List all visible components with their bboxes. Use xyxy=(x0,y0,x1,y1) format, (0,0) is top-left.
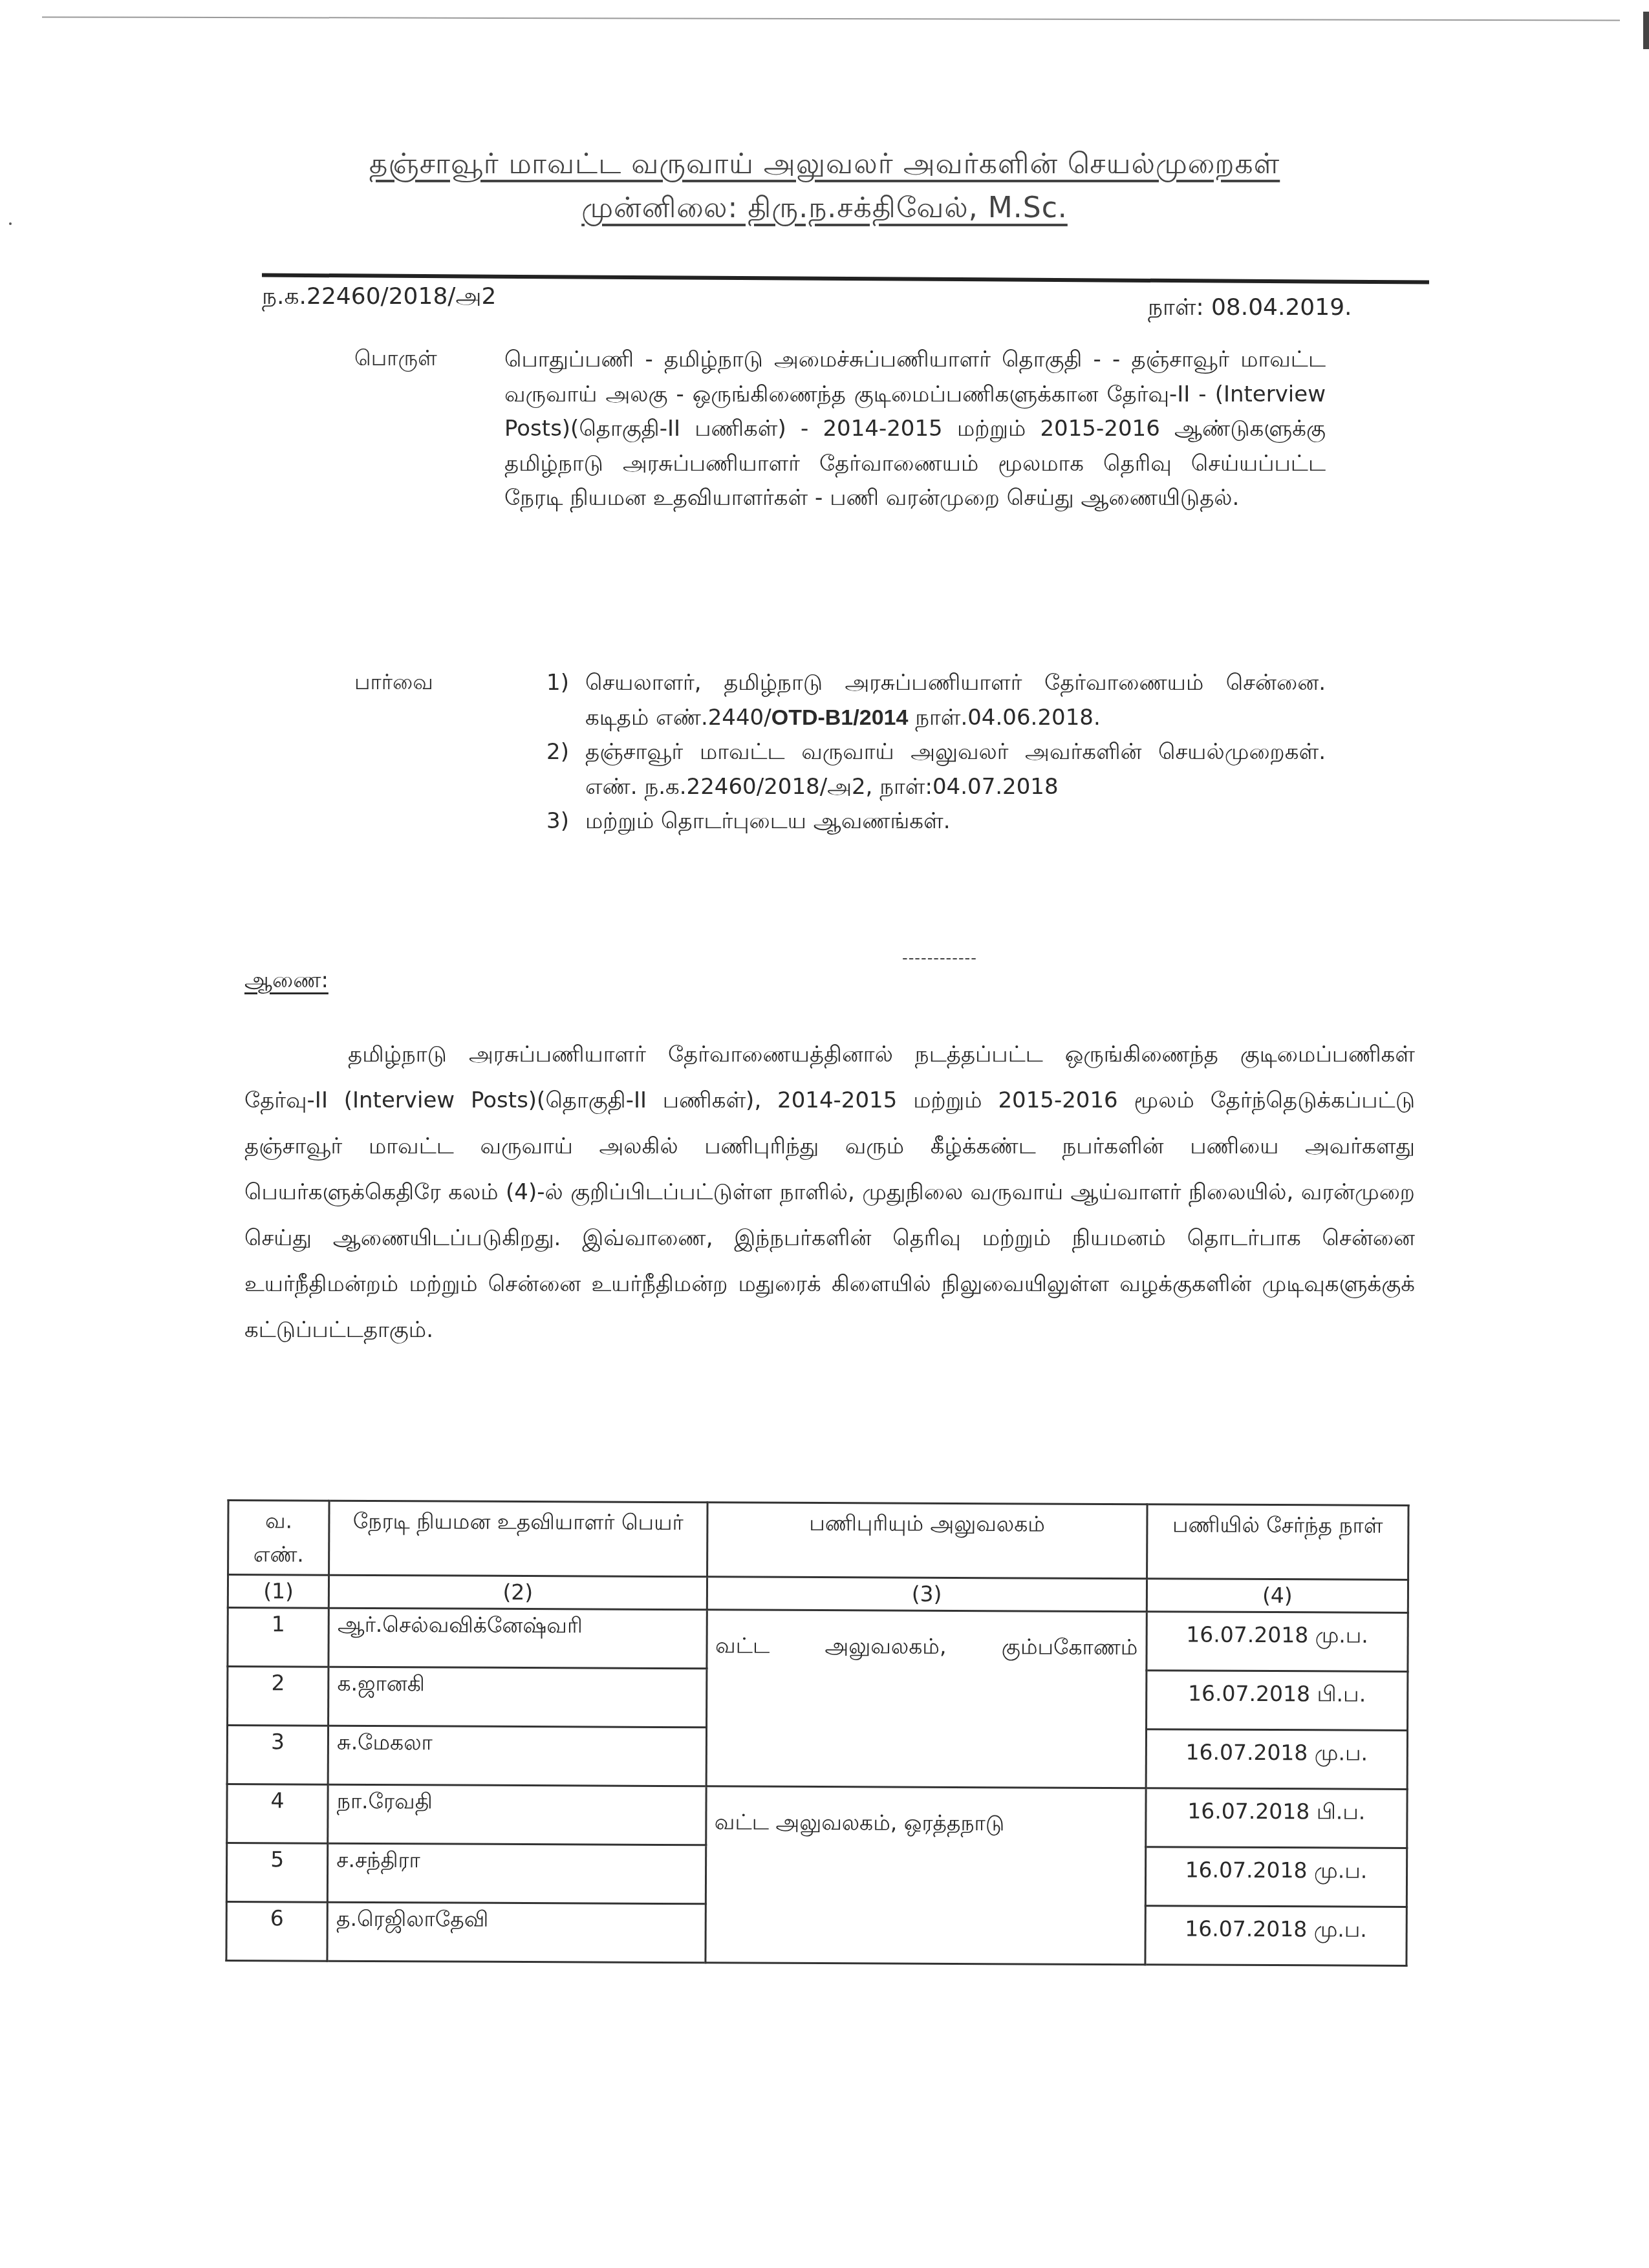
references-list: 1) செயலாளர், தமிழ்நாடு அரசுப்பணியாளர் தே… xyxy=(546,666,1326,839)
table-row: 4நா.ரேவதிவட்ட அலுவலகம், ஒரத்தநாடு16.07.2… xyxy=(227,1784,1407,1848)
column-number-row: (1) (2) (3) (4) xyxy=(228,1575,1408,1613)
subject-label: பொருள் xyxy=(354,345,437,374)
reference-item: 1) செயலாளர், தமிழ்நாடு அரசுப்பணியாளர் தே… xyxy=(546,666,1326,735)
scan-edge-line xyxy=(42,16,1620,21)
join-date: 16.07.2018 மு.ப. xyxy=(1146,1729,1408,1790)
section-separator: ------------ xyxy=(902,949,977,967)
appointee-name: த.ரெஜிலாதேவி xyxy=(327,1902,706,1963)
join-date: 16.07.2018 பி.ப. xyxy=(1146,1671,1408,1731)
office-name: வட்ட அலுவலகம், கும்பகோணம் xyxy=(706,1610,1147,1788)
header-serial: வ. எண். xyxy=(228,1501,330,1576)
serial-number: 2 xyxy=(228,1667,329,1726)
order-date: நாள்: 08.04.2019. xyxy=(1148,294,1352,324)
reference-number: ந.க.22460/2018/அ2 xyxy=(262,283,496,313)
office-name: வட்ட அலுவலகம், ஒரத்தநாடு xyxy=(705,1786,1145,1965)
subject-text: பொதுப்பணி - தமிழ்நாடு அமைச்சுப்பணியாளர் … xyxy=(504,343,1326,516)
scan-edge-mark xyxy=(1643,12,1649,49)
serial-number: 6 xyxy=(226,1902,328,1962)
join-date: 16.07.2018 மு.ப. xyxy=(1147,1612,1408,1672)
appointee-name: ஆர்.செல்வவிக்னேஷ்வரி xyxy=(329,1608,707,1669)
serial-number: 1 xyxy=(228,1608,329,1667)
presiding-officer: முன்னிலை: திரு.ந.சக்திவேல், M.Sc. xyxy=(0,191,1649,228)
join-date: 16.07.2018 மு.ப. xyxy=(1145,1847,1407,1907)
order-text: தமிழ்நாடு அரசுப்பணியாளர் தேர்வாணையத்தினா… xyxy=(244,1032,1415,1353)
serial-number: 3 xyxy=(227,1726,329,1785)
reference-item: 2) தஞ்சாவூர் மாவட்ட வருவாய் அலுவலர் அவர்… xyxy=(546,735,1326,804)
order-heading: ஆணை: xyxy=(244,967,329,996)
table-row: 1ஆர்.செல்வவிக்னேஷ்வரிவட்ட அலுவலகம், கும்… xyxy=(228,1608,1408,1672)
join-date: 16.07.2018 பி.ப. xyxy=(1146,1788,1408,1848)
appointee-name: ச.சந்திரா xyxy=(328,1843,706,1904)
table-header-row: வ. எண். நேரடி நியமன உதவியாளர் பெயர் பணிப… xyxy=(228,1501,1408,1580)
appointee-name: நா.ரேவதி xyxy=(328,1784,706,1845)
serial-number: 5 xyxy=(226,1843,328,1903)
appointee-table: வ. எண். நேரடி நியமன உதவியாளர் பெயர் பணிப… xyxy=(225,1499,1409,1967)
references-label: பார்வை xyxy=(354,669,433,698)
document-title: தஞ்சாவூர் மாவட்ட வருவாய் அலுவலர் அவர்களி… xyxy=(0,147,1649,184)
appointee-name: சு.மேகலா xyxy=(328,1726,706,1786)
header-join-date: பணியில் சேர்ந்த நாள் xyxy=(1147,1504,1408,1580)
appointee-name: க.ஜானகி xyxy=(329,1667,707,1728)
header-office: பணிபுரியும் அலுவலகம் xyxy=(707,1503,1147,1579)
reference-item: 3) மற்றும் தொடர்புடைய ஆவணங்கள். xyxy=(546,804,1326,839)
serial-number: 4 xyxy=(227,1784,329,1844)
header-name: நேரடி நியமன உதவியாளர் பெயர் xyxy=(329,1501,707,1577)
header-divider xyxy=(262,273,1429,284)
join-date: 16.07.2018 மு.ப. xyxy=(1145,1906,1407,1966)
